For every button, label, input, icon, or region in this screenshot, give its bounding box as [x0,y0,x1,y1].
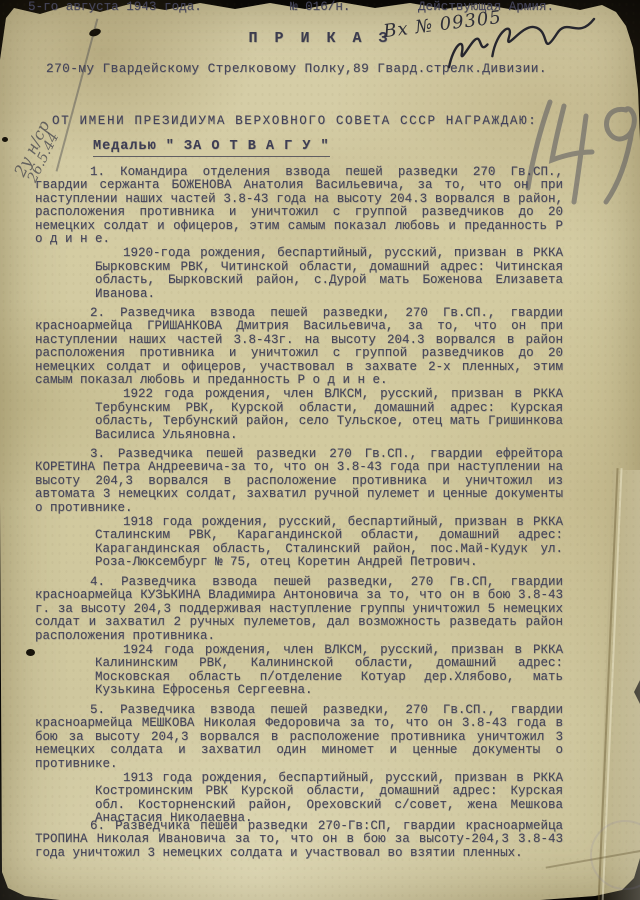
bio-text: 1924 года рождения, член ВЛКСМ, русский,… [95,644,563,698]
bio-text: 1922 года рождения, член ВЛКСМ, русский,… [95,388,563,442]
citation-text: 3. Разведчика пешей разведки 270 Гв.СП.,… [35,448,563,515]
medal-line: Медалью " ЗА О Т В А Г У " [93,139,330,157]
bio-text: 1918 года рождения, русский, беспартийны… [95,516,563,570]
citation-text: 5. Разведчика взвода пешей разведки, 270… [35,704,563,771]
award-entry: 5. Разведчика взвода пешей разведки, 270… [35,704,563,826]
bio-text: 1913 года рождения, беспартийный, русски… [95,772,563,826]
scanned-order-page: П Р И К А З 270-му Гвардейскому Стрелков… [0,0,640,900]
award-entry: 6. Разведчика пешей разведки 270-Гв:СП, … [35,820,563,861]
order-number: № 016/н. [290,0,350,14]
signature-scribble [436,12,610,88]
award-entry: 3. Разведчика пешей разведки 270 Гв.СП.,… [35,448,563,570]
award-entry: 1. Командира отделения взвода пешей разв… [35,166,563,301]
citation-text: 4. Разведчика взвода пешей разведки, 270… [35,576,563,643]
date-line: 5-го августа 1943 года. № 016/н. Действу… [0,0,640,15]
bio-text: 1920-года рождения, беспартийный, русски… [95,247,563,301]
citation-text: 6. Разведчика пешей разведки 270-Гв:СП, … [35,820,563,860]
paper-hole [2,137,8,142]
paper-hole [26,649,35,656]
award-entry: 2. Разведчика взвода пешей разведки, 270… [35,307,563,442]
citation-text: 1. Командира отделения взвода пешей разв… [35,166,563,246]
citation-text: 2. Разведчика взвода пешей разведки, 270… [35,307,563,387]
order-date: 5-го августа 1943 года. [28,0,202,14]
award-entry: 4. Разведчика взвода пешей разведки, 270… [35,576,563,698]
